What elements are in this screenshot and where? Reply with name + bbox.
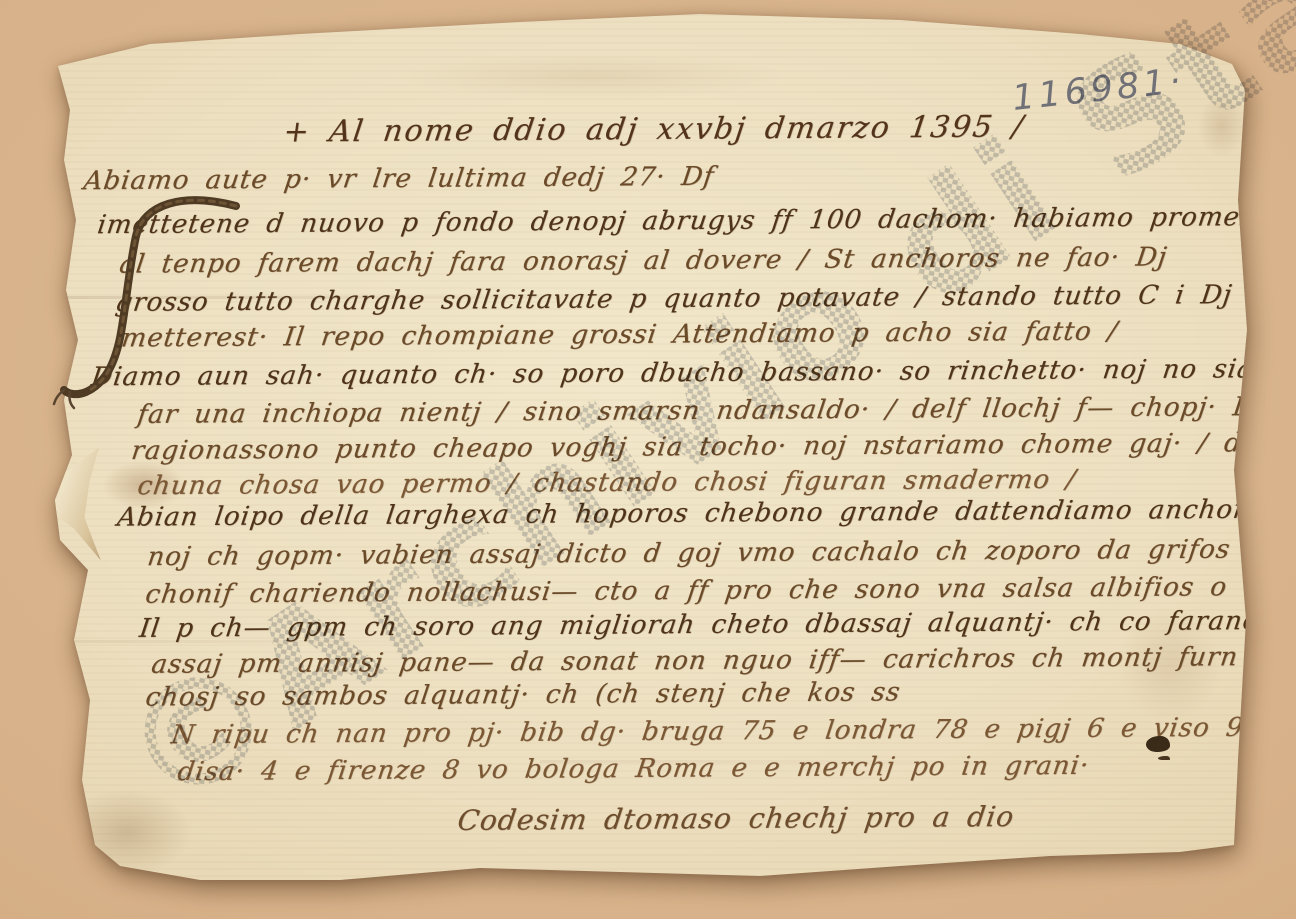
letter-line: disa· 4 e firenze 8 vo bologa Roma e e m…: [176, 753, 1091, 787]
signature-line: Codesim dtomaso chechj pro a dio: [456, 802, 1016, 835]
letter-line: assaj pm annisj pane— da sonat non nguo …: [150, 644, 1240, 679]
letter-line: chosj so sambos alquantj· ch (ch stenj c…: [144, 679, 902, 712]
letter-line: noj ch gopm· vabien assaj dicto d goj vm…: [146, 536, 1296, 572]
archive-mat: + Al nome ddio adj xxvbj dmarzo 1395 / A…: [0, 0, 1296, 919]
letter-line: imettetene d nuovo p fondo denopj abrugy…: [96, 204, 1296, 240]
ink-blot: [1146, 736, 1170, 752]
letter-line: Il p ch— gpm ch soro ang migliorah cheto…: [138, 608, 1262, 643]
letter-line: chuna chosa vao permo / chastando chosi …: [136, 467, 1078, 501]
letter-line: grosso tutto charghe sollicitavate p qua…: [114, 282, 1234, 317]
letter-line: Abian loipo della larghexa ch hoporos ch…: [116, 495, 1296, 532]
letter-line: far una inchiopa nientj / sino smarsn nd…: [136, 394, 1266, 429]
heading-line: + Al nome ddio adj xxvbj dmarzo 1395 /: [282, 111, 1027, 148]
letter-body: + Al nome ddio adj xxvbj dmarzo 1395 / A…: [0, 0, 1296, 919]
letter-line: ragionassono punto cheapo voghj sia toch…: [130, 430, 1296, 465]
letter-line: metterest· Il repo chompiane grossi Atte…: [120, 319, 1120, 353]
letter-line: al tenpo farem dachj fara onorasj al dov…: [118, 244, 1169, 279]
letter-paper: + Al nome ddio adj xxvbj dmarzo 1395 / A…: [0, 0, 1296, 919]
paper-shadow: + Al nome ddio adj xxvbj dmarzo 1395 / A…: [0, 0, 1296, 919]
letter-line: chonif chariendo nollachusi— cto a ff pr…: [144, 574, 1229, 609]
binding-thread: [52, 178, 262, 428]
letter-line: N ripu ch nan pro pj· bib dg· bruga 75 e…: [170, 714, 1296, 750]
letter-line: Diamo aun sah· quanto ch· so poro dbucho…: [90, 356, 1296, 392]
